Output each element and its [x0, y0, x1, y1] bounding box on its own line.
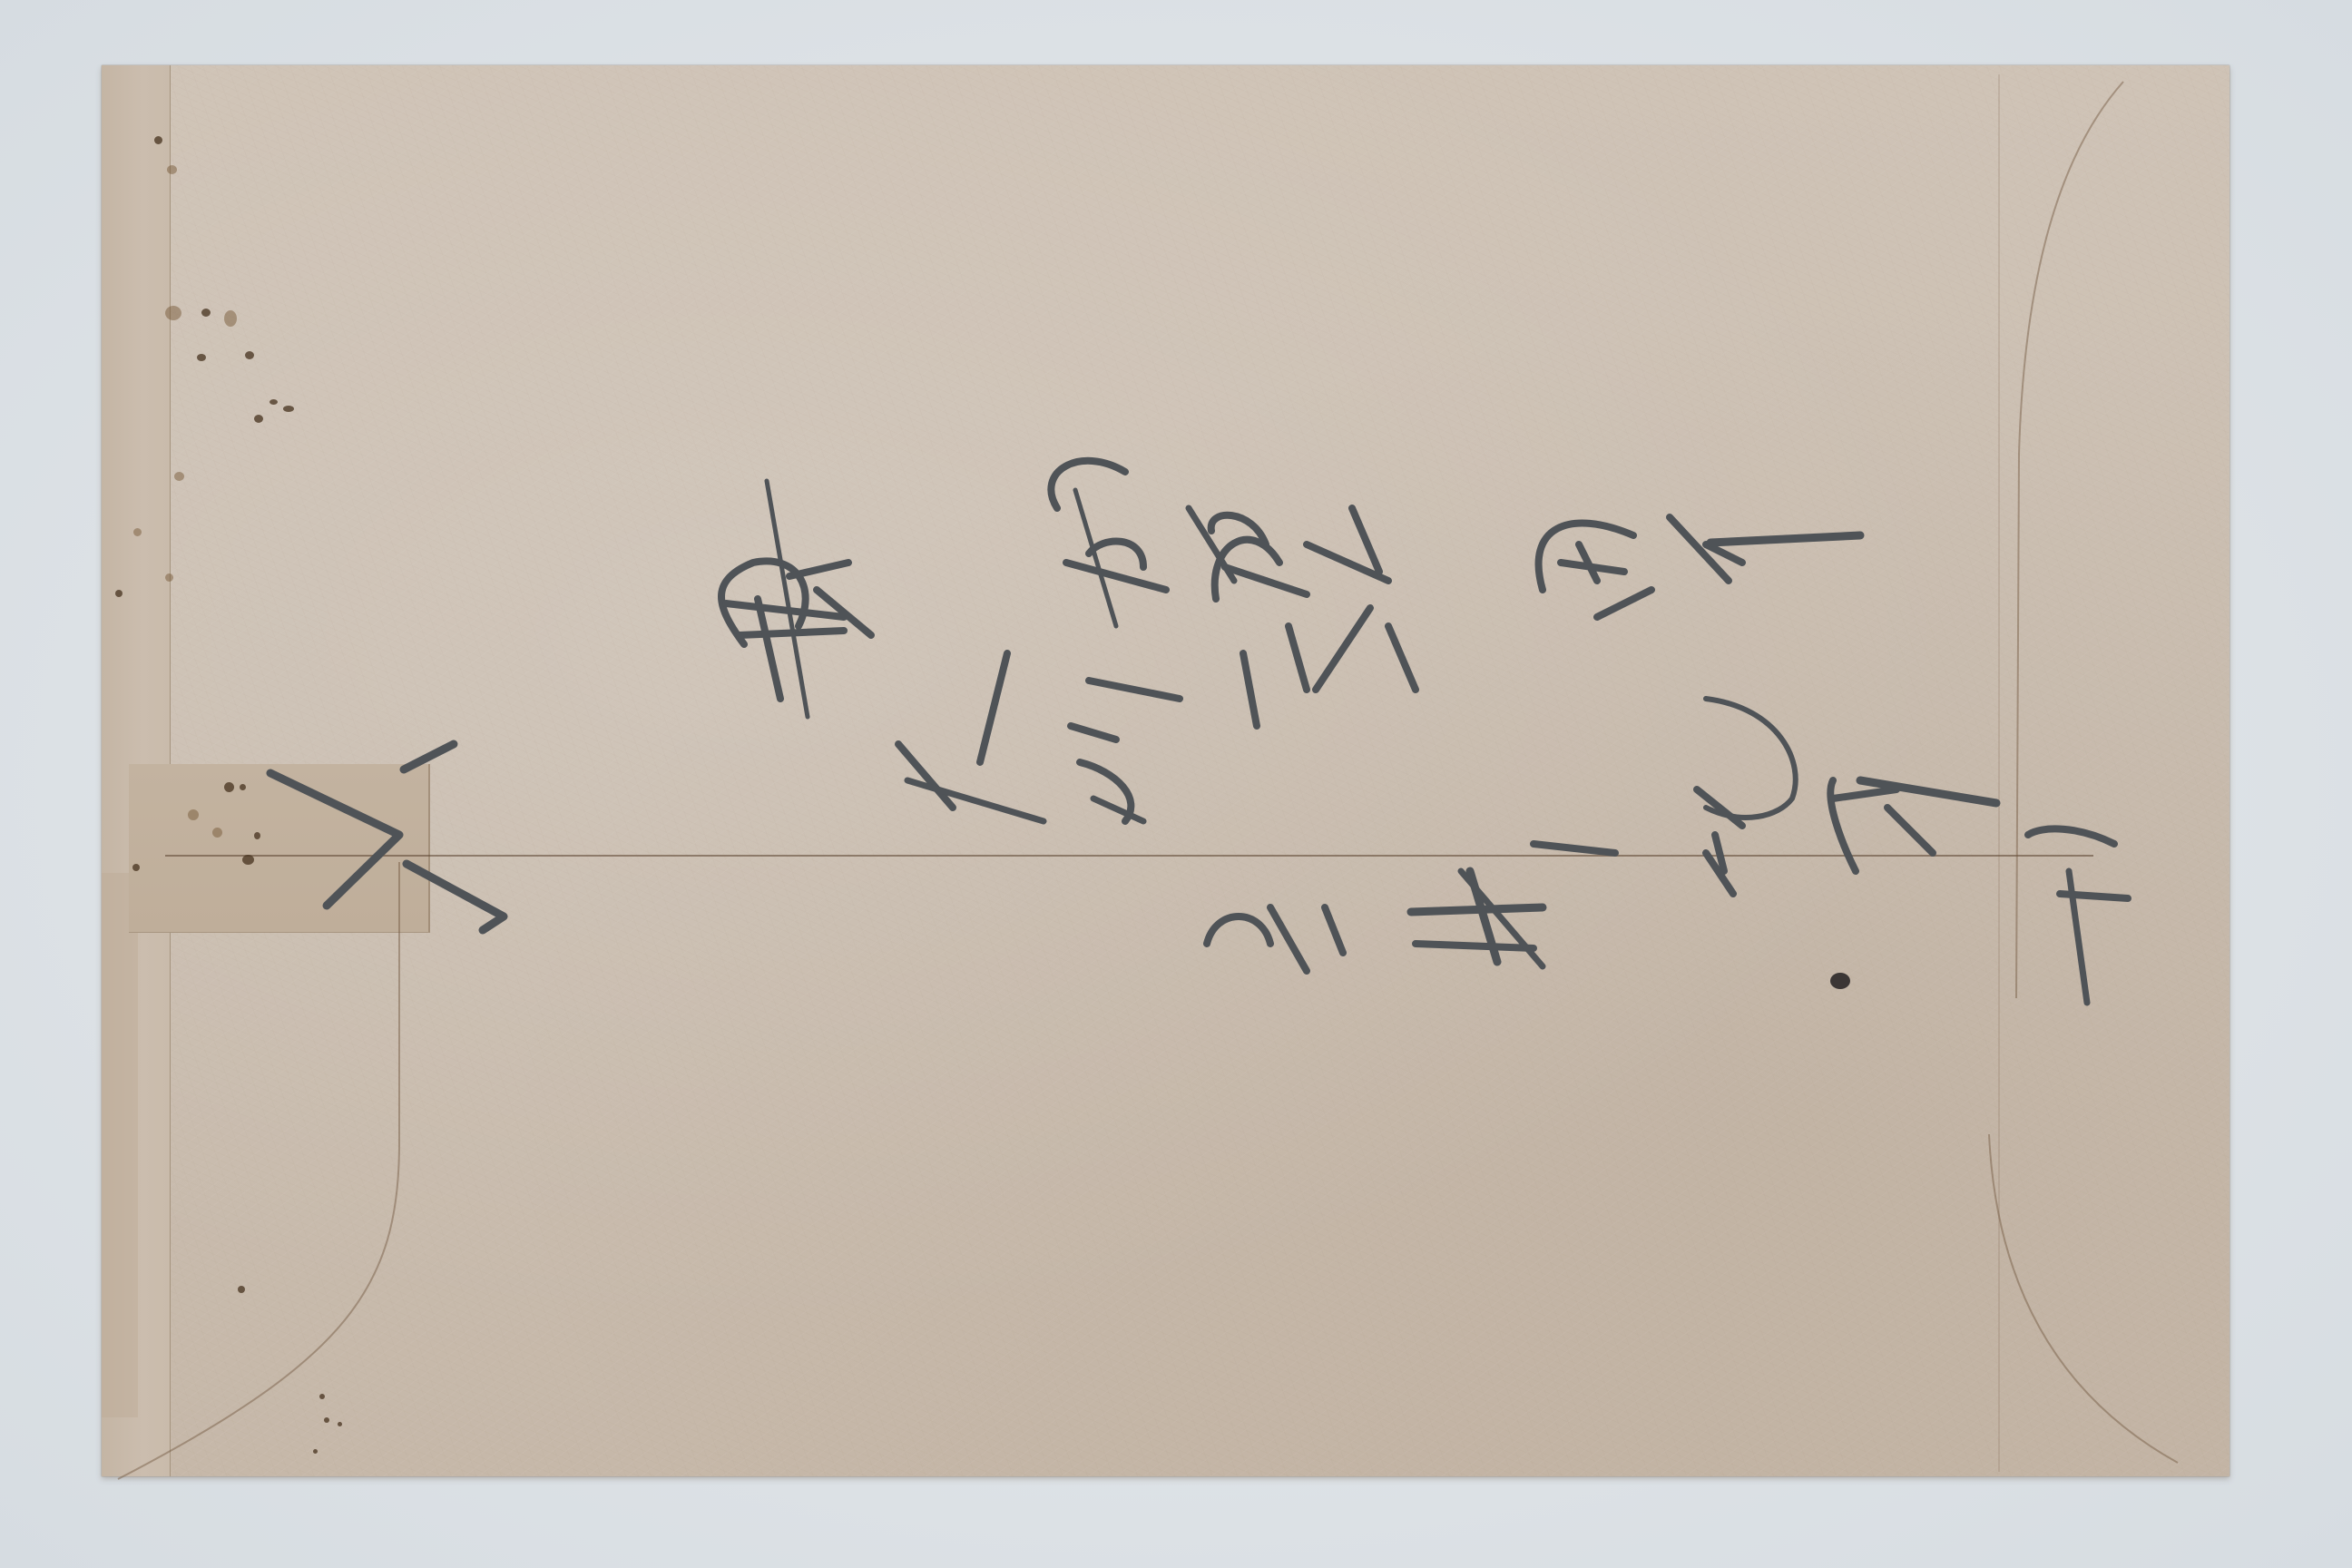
flap-fold-bottom-right: [1989, 1134, 2178, 1463]
inscription-column-4: [1051, 461, 1180, 821]
inscription-column-5: [721, 481, 1044, 821]
pencil-inscription: [0, 0, 2352, 1568]
inscription-column-1: [1539, 517, 2128, 1003]
inscription-column-2: [1207, 508, 1615, 971]
inscription-column-3: [1189, 508, 1543, 966]
flap-fold-bottom-left: [118, 1143, 399, 1479]
v-mark: [270, 744, 504, 930]
flap-fold-top-right: [2016, 82, 2123, 998]
